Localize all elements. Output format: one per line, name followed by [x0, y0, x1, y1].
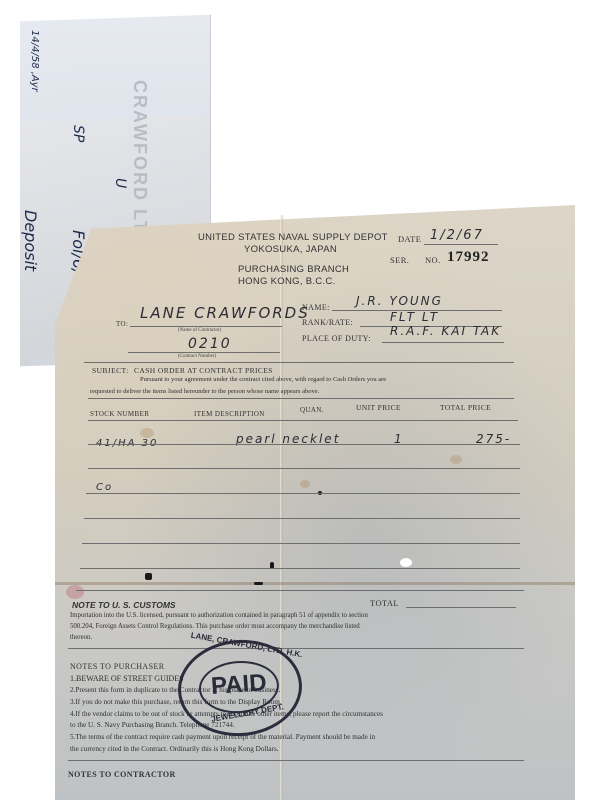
branch-name: PURCHASING BRANCH	[238, 264, 349, 275]
rust-stain	[140, 428, 154, 438]
duty-label: PLACE OF DUTY:	[302, 334, 371, 343]
no-label: NO.	[425, 255, 441, 265]
purchaser-duty: R.A.F. KAI TAK	[390, 324, 501, 338]
purchaser-rank: FLT LT	[390, 310, 439, 324]
stamp-paid-text: PAID	[200, 668, 278, 701]
rank-label: RANK/RATE:	[302, 318, 353, 327]
purchaser-notes-heading: NOTES TO PURCHASER	[70, 662, 164, 671]
col-header-stock: STOCK NUMBER	[90, 410, 149, 418]
subject-value: CASH ORDER AT CONTRACT PRICES	[134, 366, 273, 375]
total-underline	[406, 607, 516, 608]
table-row-rule	[82, 543, 520, 544]
date-underline	[424, 244, 498, 245]
col-header-description: ITEM DESCRIPTION	[194, 410, 265, 418]
contractor-name-caption: (Name of Contractor)	[178, 328, 221, 333]
back-handwriting-initials: SP	[70, 125, 86, 142]
table-bottom-rule	[76, 590, 524, 591]
serial-number: 17992	[447, 249, 490, 266]
back-handwriting-date: 14/4/58 ,Ayr	[29, 30, 40, 92]
paper-damage	[254, 582, 263, 585]
purchaser-name: J.R. YOUNG	[356, 294, 443, 308]
subject-top-rule	[84, 362, 514, 363]
customs-note-line2: 500.204, Foreign Assets Control Regulati…	[70, 623, 360, 630]
purchaser-note-1: 1.BEWARE OF STREET GUIDES	[70, 674, 184, 683]
date-value: 1/2/67	[430, 228, 484, 243]
back-handwriting-deposit: Deposit	[21, 210, 40, 271]
org-location: YOKOSUKA, JAPAN	[244, 244, 337, 255]
table-row-rule	[88, 444, 520, 445]
purchaser-notes-rule	[68, 760, 524, 761]
rust-stain	[300, 480, 310, 488]
paper-damage	[145, 573, 152, 580]
table-row-rule	[84, 518, 520, 519]
customs-note-heading: NOTE TO U. S. CUSTOMS	[72, 600, 176, 610]
horizontal-crease	[55, 582, 575, 585]
table-row-rule	[88, 468, 520, 469]
row-annotation: Co	[96, 482, 113, 493]
table-header-rule	[88, 420, 518, 421]
subject-text-line2: requested to deliver the items listed he…	[90, 388, 319, 395]
table-top-rule	[88, 398, 514, 399]
col-header-unit-price: UNIT PRICE	[356, 403, 401, 412]
rust-stain	[450, 455, 462, 464]
contract-number: 0210	[188, 336, 232, 352]
pink-stain	[66, 585, 84, 599]
contract-number-underline	[128, 352, 280, 353]
subject-label: SUBJECT:	[92, 366, 129, 375]
duty-underline	[382, 342, 504, 343]
customs-note-line1: Importation into the U.S. licensed, purs…	[70, 612, 368, 619]
total-label: TOTAL	[370, 598, 399, 608]
contractor-underline	[130, 326, 282, 327]
table-row-rule	[86, 493, 520, 494]
org-name: UNITED STATES NAVAL SUPPLY DEPOT	[198, 232, 388, 243]
back-handwriting-mark: U	[112, 178, 128, 188]
branch-location: HONG KONG, B.C.C.	[238, 276, 335, 287]
purchaser-note-5b: the currency cited in the Contract. Ordi…	[70, 745, 279, 753]
contractor-name: LANE CRAWFORDS	[140, 304, 310, 322]
col-header-total-price: TOTAL PRICE	[440, 403, 491, 412]
table-row-rule	[80, 568, 520, 569]
customs-note-line3: thereon.	[70, 634, 92, 641]
paper-hole	[400, 558, 412, 567]
contractor-notes-heading: NOTES TO CONTRACTOR	[68, 770, 176, 779]
contract-number-caption: (Contract Number)	[178, 354, 216, 359]
subject-text-line1: Pursuant to your agreement under the con…	[140, 376, 386, 383]
to-label: TO:	[116, 320, 128, 328]
ser-label: SER.	[390, 255, 409, 265]
name-label: NAME:	[302, 303, 330, 312]
col-header-quantity: QUAN.	[300, 406, 324, 414]
date-label: DATE	[398, 234, 421, 244]
